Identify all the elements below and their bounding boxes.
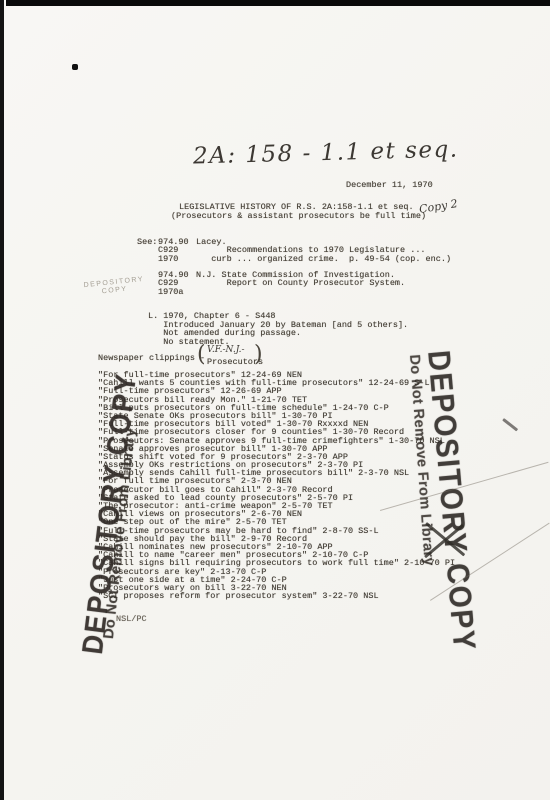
call-number: 974.90 C929 1970a (158, 271, 189, 296)
copy-annotation: Copy 2 (418, 197, 458, 216)
scan-artifact-top-bar (6, 0, 550, 6)
pen-dash-mark (502, 418, 518, 431)
document-subtitle: (Prosecutors & assistant prosecutors be … (171, 212, 426, 221)
law-history-note: L. 1970, Chapter 6 - S448 Introduced Jan… (148, 312, 408, 347)
close-brace-mark: ) (254, 342, 263, 367)
catalog-entry-sci: N.J. State Commission of Investigation. … (196, 271, 405, 288)
see-label: See: (137, 238, 157, 247)
scanned-document-page: 2A: 158 - 1.1 et seq. December 11, 1970 … (0, 0, 550, 800)
typist-initials: NSL/PC (116, 615, 147, 624)
document-date: December 11, 1970 (346, 181, 433, 190)
clippings-heading: Newspaper clippings - (98, 354, 205, 363)
clippings-list: "For full-time prosecutors" 12-24-69 NEN… (98, 371, 455, 600)
open-brace-mark: ( (197, 342, 206, 367)
handwritten-citation: 2A: 158 - 1.1 et seq. (193, 137, 459, 170)
call-number: 974.90 C929 1970 (158, 238, 189, 263)
clippings-annotation-handwritten: V.F.-N.J.- (207, 345, 245, 355)
scan-artifact-dot (72, 64, 78, 70)
scan-artifact-left-edge (0, 0, 4, 800)
faint-depository-stamp: DEPOSITORY COPY (83, 276, 145, 298)
clipping-line: "SCI proposes reform for prosecutor syst… (98, 592, 455, 600)
catalog-entry-lacey: Lacey. Recommendations to 1970 Legislatu… (196, 238, 451, 263)
